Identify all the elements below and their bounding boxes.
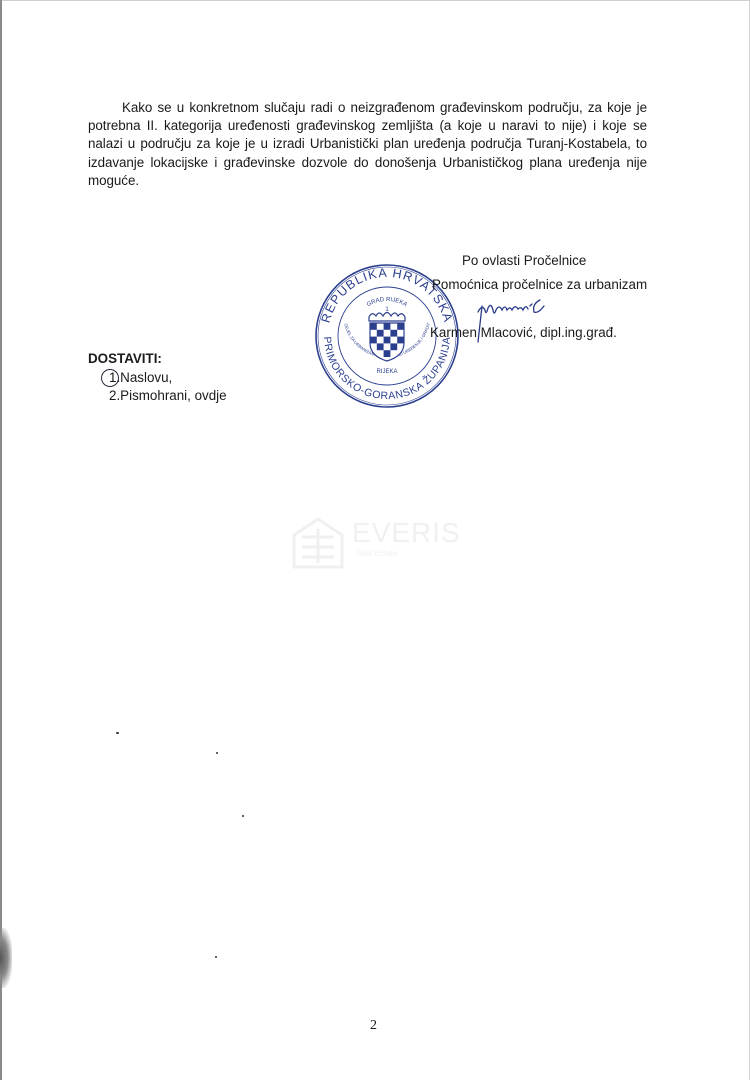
page-edge-top bbox=[0, 0, 750, 1]
distribution-heading: DOSTAVITI: bbox=[88, 351, 162, 366]
page-edge-left bbox=[0, 0, 2, 1080]
coat-of-arms-icon bbox=[369, 313, 405, 362]
scan-speck bbox=[216, 752, 218, 754]
distribution-item-label: Naslovu, bbox=[120, 370, 172, 385]
watermark-brand: EVERIS bbox=[352, 517, 461, 549]
everis-watermark: EVERIS Real Estate bbox=[290, 515, 346, 576]
paragraph-text: Kako se u konkretnom slučaju radi o neiz… bbox=[88, 100, 647, 188]
stamp-inner-bottom: RIJEKA bbox=[376, 369, 397, 375]
watermark-tagline: Real Estate bbox=[356, 549, 397, 558]
page-number: 2 bbox=[370, 1018, 377, 1034]
distribution-item: 1.Naslovu, bbox=[109, 370, 172, 385]
binding-shadow bbox=[0, 928, 12, 988]
svg-text:REPUBLIKA HRVATSKA: REPUBLIKA HRVATSKA bbox=[319, 266, 456, 325]
house-logo-icon bbox=[290, 515, 346, 571]
signatory-name: Karmen Mlacović, dipl.ing.građ. bbox=[430, 325, 617, 340]
distribution-item-label: Pismohrani, ovdje bbox=[120, 388, 226, 403]
scan-speck bbox=[215, 956, 217, 958]
distribution-item-number: 2. bbox=[109, 388, 120, 403]
stamp-outer-top: REPUBLIKA HRVATSKA bbox=[319, 266, 456, 325]
distribution-item-number: 1. bbox=[109, 370, 120, 385]
body-paragraph: Kako se u konkretnom slučaju radi o neiz… bbox=[88, 99, 647, 190]
scan-speck bbox=[116, 732, 119, 734]
distribution-item: 2.Pismohrani, ovdje bbox=[109, 388, 227, 403]
position-line: Pomoćnica pročelnice za urbanizam bbox=[432, 277, 647, 292]
scan-speck bbox=[242, 815, 244, 817]
authority-line: Po ovlasti Pročelnice bbox=[462, 253, 586, 268]
